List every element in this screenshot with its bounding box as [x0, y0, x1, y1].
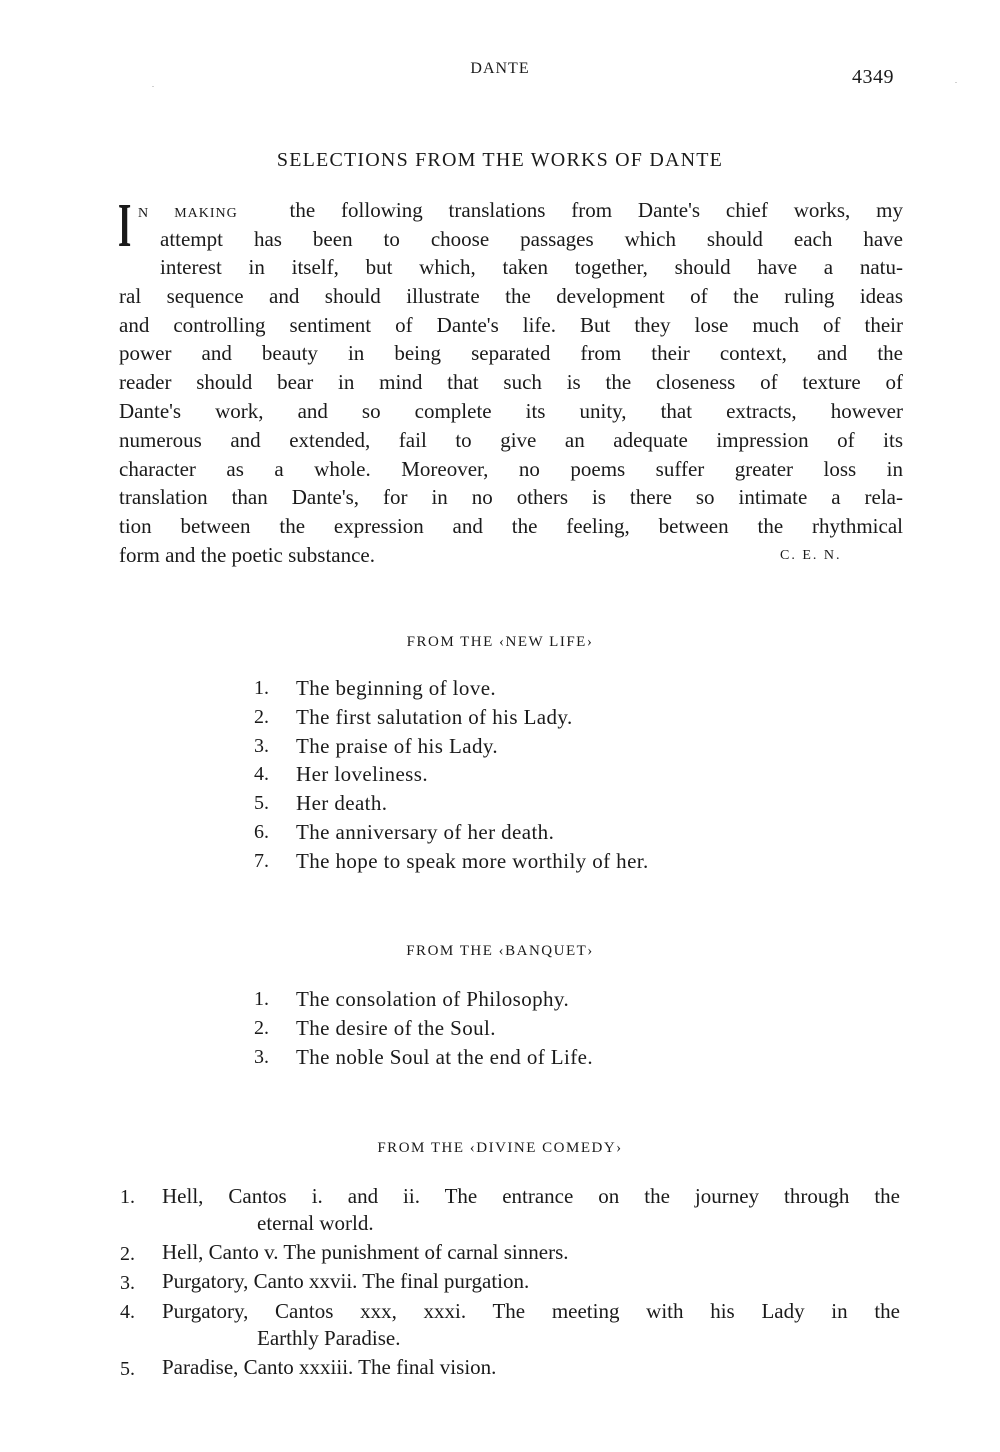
- list-item: The praise of his Lady.: [296, 734, 498, 759]
- list-item: The consolation of Philosophy.: [296, 987, 569, 1012]
- intro-line-10: character as a whole. Moreover, no poems…: [119, 455, 903, 484]
- author-signature: C. E. N.: [780, 548, 842, 564]
- list-item-continuation: Earthly Paradise.: [257, 1326, 400, 1351]
- list-number: 2.: [120, 1243, 135, 1266]
- list-number: 5.: [254, 792, 269, 815]
- list-number: 1.: [120, 1186, 135, 1209]
- list-item: Hell, Cantos i. and ii. The entrance on …: [162, 1182, 900, 1211]
- intro-line-9: numerous and extended, fail to give an a…: [119, 426, 903, 455]
- list-item: The first salutation of his Lady.: [296, 705, 573, 730]
- list-number: 7.: [254, 850, 269, 873]
- intro-line-13: form and the poetic substance.: [119, 541, 619, 570]
- list-item: Purgatory, Canto xxvii. The final purgat…: [162, 1269, 529, 1294]
- intro-line-4: ral sequence and should illustrate the d…: [119, 282, 903, 311]
- list-item: The beginning of love.: [296, 676, 496, 701]
- list-item: Hell, Canto v. The punishment of carnal …: [162, 1240, 569, 1265]
- drop-cap: I: [118, 195, 131, 257]
- intro-line-5: and controlling sentiment of Dante's lif…: [119, 311, 903, 340]
- scan-speck: .: [955, 76, 957, 85]
- list-item: Her death.: [296, 791, 387, 816]
- list-item: The desire of the Soul.: [296, 1016, 496, 1041]
- list-number: 4.: [120, 1301, 135, 1324]
- section-heading: FROM THE ‹BANQUET›: [0, 943, 1000, 960]
- list-number: 6.: [254, 821, 269, 844]
- list-item: Purgatory, Cantos xxx, xxxi. The meeting…: [162, 1297, 900, 1326]
- scan-speck: .: [152, 80, 154, 89]
- intro-line-12: tion between the expression and the feel…: [119, 512, 903, 541]
- list-number: 3.: [254, 735, 269, 758]
- list-number: 2.: [254, 706, 269, 729]
- smallcaps-lead: N MAKING: [138, 206, 238, 221]
- page-number: 4349: [852, 66, 894, 89]
- list-item: Paradise, Canto xxxiii. The final vision…: [162, 1355, 496, 1380]
- intro-line-1: N MAKING the following translations from…: [138, 196, 903, 229]
- list-number: 2.: [254, 1017, 269, 1040]
- page-title: SELECTIONS FROM THE WORKS OF DANTE: [0, 149, 1000, 172]
- list-item-continuation: eternal world.: [257, 1211, 374, 1236]
- intro-line-6: power and beauty in being separated from…: [119, 339, 903, 368]
- list-item: Her loveliness.: [296, 762, 428, 787]
- list-number: 5.: [120, 1358, 135, 1381]
- list-number: 1.: [254, 988, 269, 1011]
- intro-line-2: attempt has been to choose passages whic…: [160, 225, 903, 254]
- list-item: The hope to speak more worthily of her.: [296, 849, 649, 874]
- list-item: The noble Soul at the end of Life.: [296, 1045, 593, 1070]
- list-number: 3.: [254, 1046, 269, 1069]
- section-heading: FROM THE ‹DIVINE COMEDY›: [0, 1140, 1000, 1157]
- intro-line-11: translation than Dante's, for in no othe…: [119, 483, 903, 512]
- list-number: 4.: [254, 763, 269, 786]
- list-item: The anniversary of her death.: [296, 820, 554, 845]
- intro-line-3: interest in itself, but which, taken tog…: [160, 253, 903, 282]
- intro-line-7: reader should bear in mind that such is …: [119, 368, 903, 397]
- running-head: DANTE: [0, 60, 1000, 78]
- list-number: 1.: [254, 677, 269, 700]
- list-number: 3.: [120, 1272, 135, 1295]
- section-heading: FROM THE ‹NEW LIFE›: [0, 634, 1000, 651]
- intro-line-8: Dante's work, and so complete its unity,…: [119, 397, 903, 426]
